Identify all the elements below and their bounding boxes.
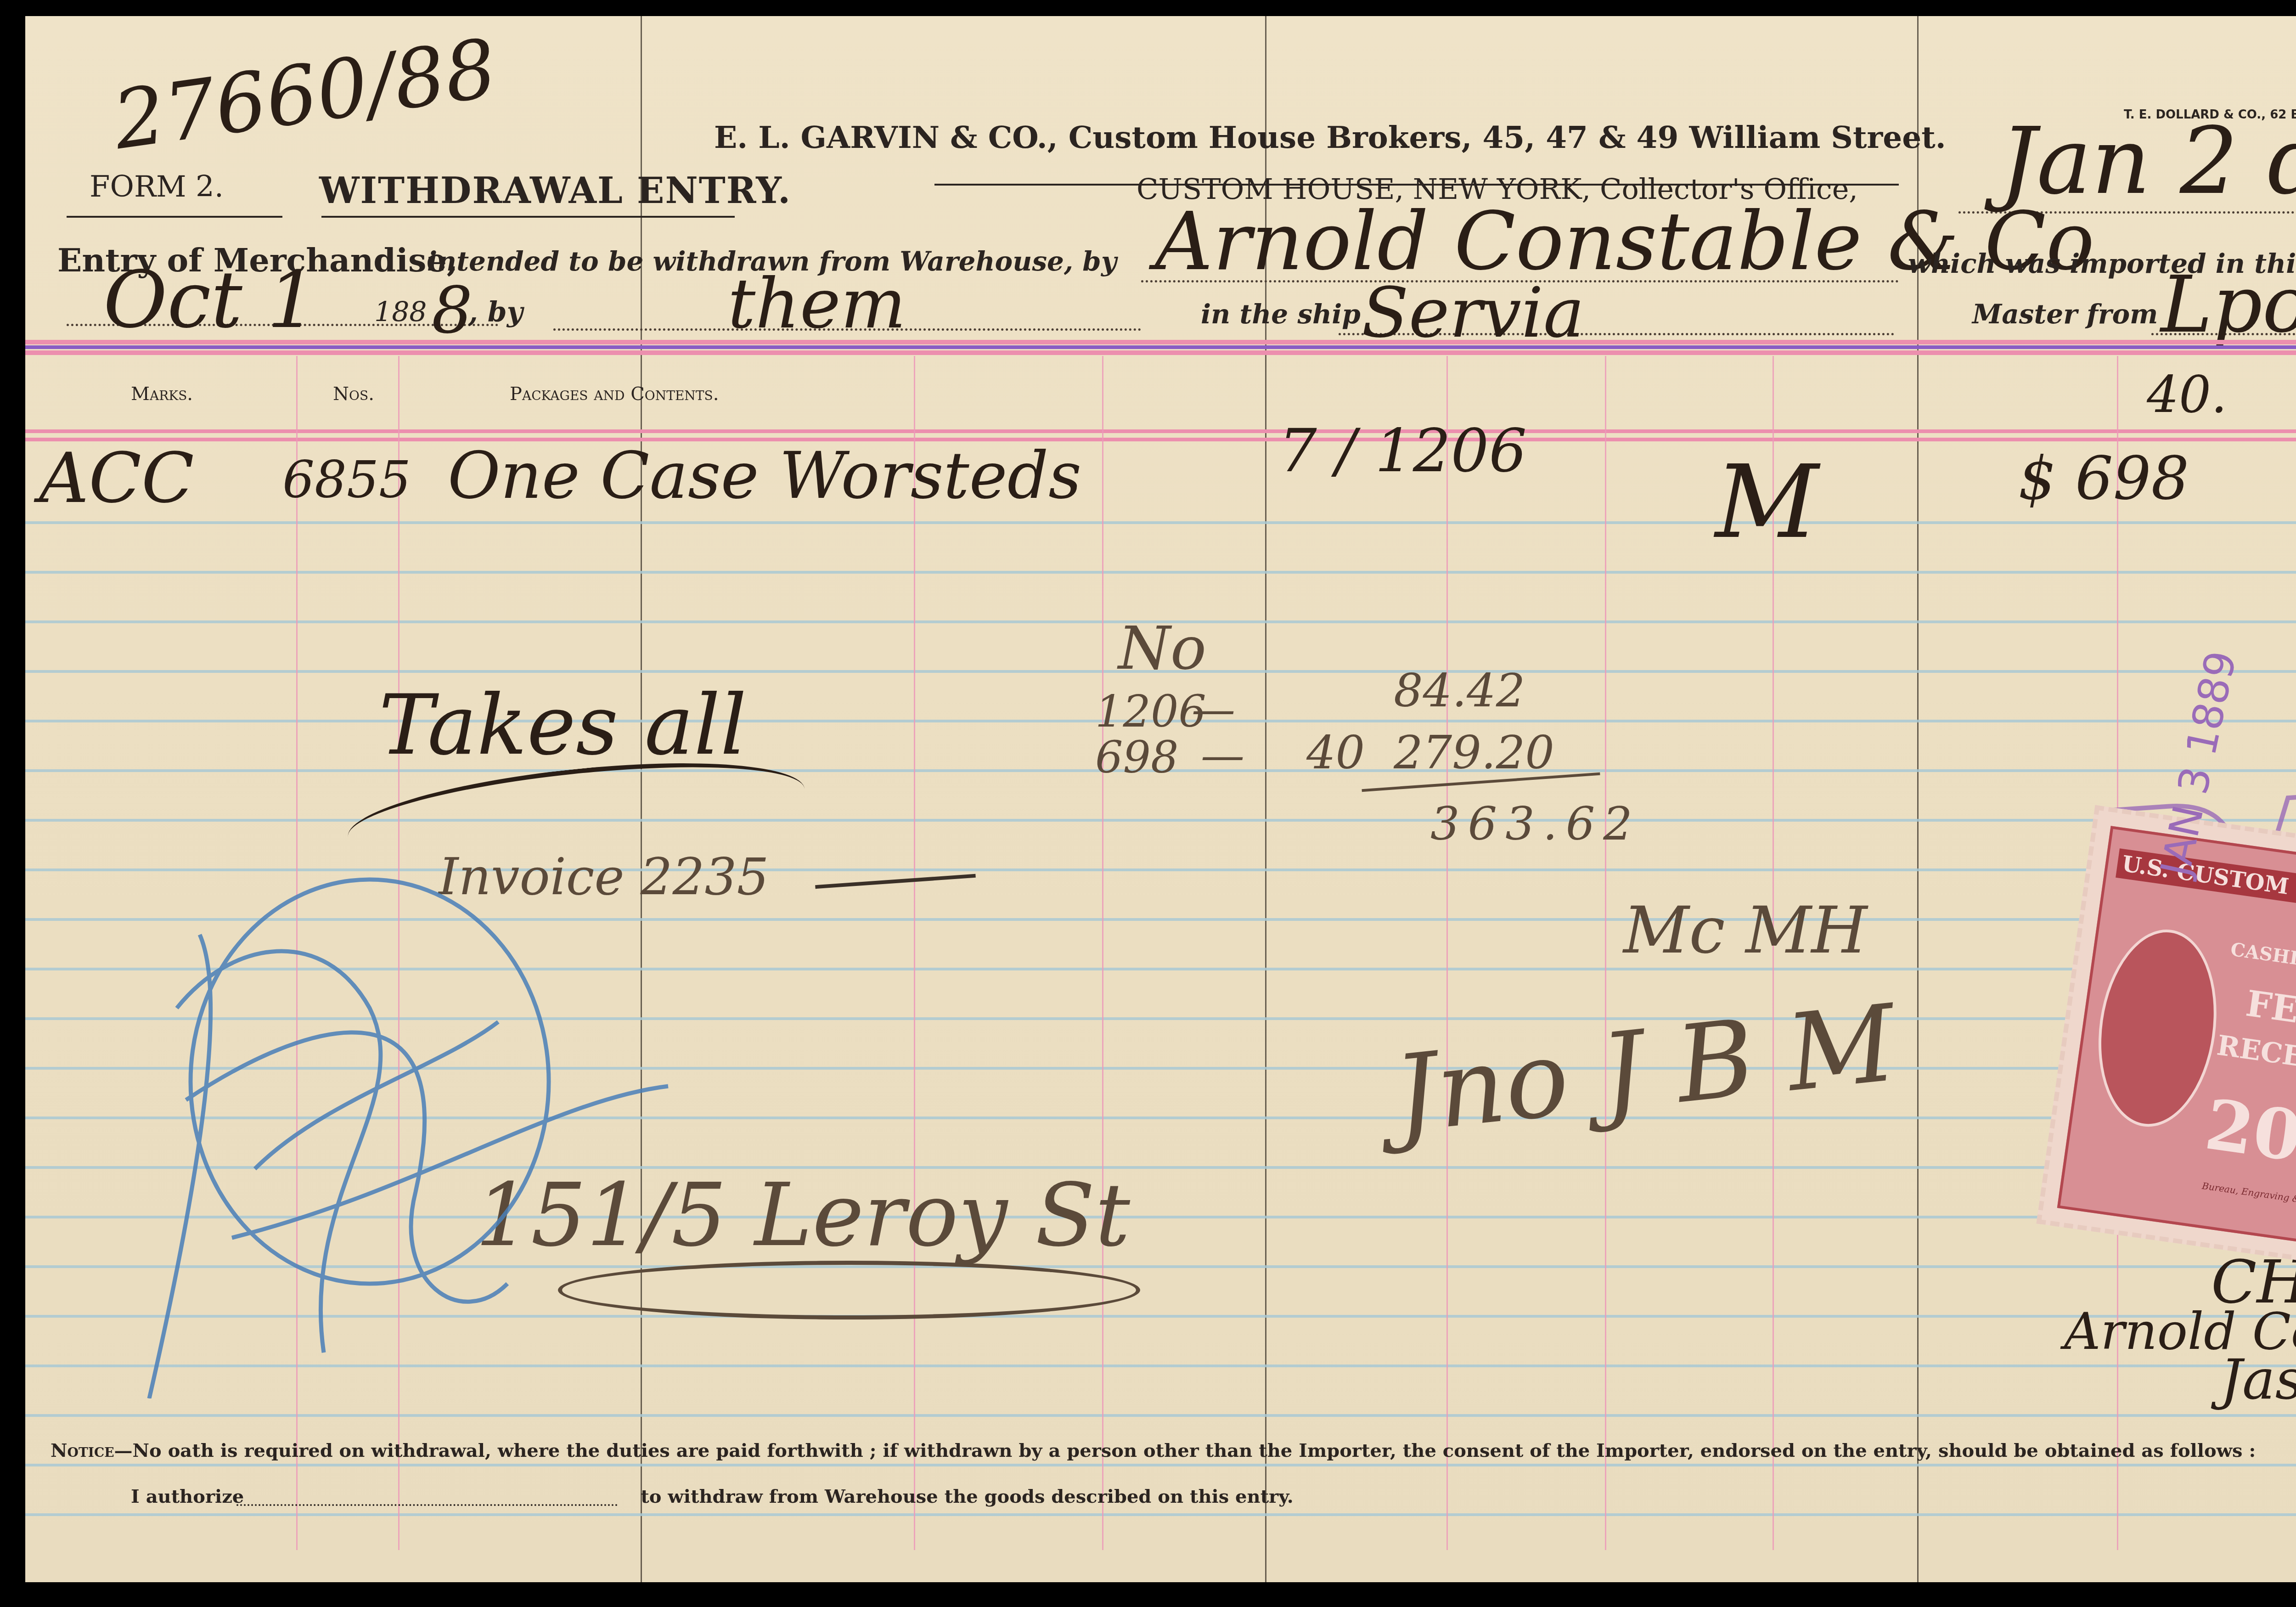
calc-amount-1: 84.42 <box>1394 664 1525 717</box>
cell-nos: 6855 <box>282 450 411 509</box>
column-header-rule <box>25 429 2296 433</box>
ruled-line <box>25 521 2296 524</box>
calc-label: No <box>1118 613 1206 683</box>
from-port-handwritten: Lpool <box>2161 259 2296 350</box>
cell-count: 7 / 1206 <box>1279 416 1527 485</box>
stamp-line-1: U.S. CUSTOM HOUSE, N.Y. <box>2116 848 2296 925</box>
column-header-rule <box>25 438 2296 441</box>
column-divider <box>1446 356 1448 1550</box>
ship-label: in the ship <box>1201 299 1361 330</box>
authorize-blank <box>236 1504 618 1506</box>
form-label-underline <box>67 216 282 218</box>
calc-amount-2: 279.20 <box>1394 726 1554 779</box>
column-divider <box>1102 356 1103 1550</box>
import-year-handwritten: 8 <box>432 273 473 348</box>
stamp-imprint: Bureau, Engraving & Printing <box>2201 1180 2296 1211</box>
calc-rate-2: 40 <box>1306 726 1365 779</box>
import-date-handwritten: Oct 1 <box>103 255 317 346</box>
reference-number: 27660/88 <box>108 22 502 168</box>
stamp-portrait <box>2087 922 2229 1134</box>
column-header-marks: Marks. <box>131 383 193 405</box>
ruled-line <box>25 1513 2296 1516</box>
initials-mid: Mc MH <box>1623 893 1868 968</box>
authorize-line: I authorize to withdraw from Warehouse t… <box>131 1486 1294 1507</box>
calc-total: 363.62 <box>1430 797 1641 851</box>
column-divider <box>1605 356 1606 1550</box>
stamp-value: 20cts. <box>2200 1084 2296 1196</box>
ruled-line <box>25 571 2296 574</box>
notice-text: Notice—No oath is required on withdrawal… <box>51 1440 2256 1461</box>
endorsement-line-3: Jas Gray Atty <box>2220 1348 2296 1412</box>
form-title-underline <box>321 216 735 218</box>
takes-all-note: Takes all <box>379 677 747 773</box>
blue-pencil-scribble-icon <box>94 870 691 1398</box>
master-label: Master from <box>1972 299 2158 330</box>
calc-left-2: 698 <box>1095 733 1178 783</box>
cell-rate: 40. <box>2147 365 2227 424</box>
calc-dash-2: — <box>1201 730 1244 781</box>
header-rule-pink <box>25 350 2296 355</box>
document-paper: 27660/88 FORM 2. WITHDRAWAL ENTRY. E. L.… <box>25 16 2296 1582</box>
stamp-line-4: RECEIVED <box>2215 1029 2296 1084</box>
import-by-label: , by <box>468 296 523 328</box>
authorize-prefix: I authorize <box>131 1486 244 1507</box>
column-header-nos: Nos. <box>333 383 374 405</box>
import-year-printed: 188 <box>374 296 427 328</box>
signature-mid: Jno J B M <box>1389 982 1902 1157</box>
calc-dash-1: — <box>1192 684 1235 735</box>
notice-body: —No oath is required on withdrawal, wher… <box>114 1440 2256 1461</box>
import-by-handwritten: them <box>728 264 906 344</box>
stamp-line-2: CASHIERS OFFICE <box>2229 938 2296 987</box>
broker-header: E. L. GARVIN & CO., Custom House Brokers… <box>714 119 1946 155</box>
header-rule-pink <box>25 340 2296 344</box>
authorize-suffix: to withdraw from Warehouse the goods des… <box>641 1486 1294 1507</box>
ruled-line <box>25 1464 2296 1466</box>
stamp-body: U.S. CUSTOM HOUSE, N.Y. CASHIERS OFFICE … <box>2057 826 2296 1250</box>
stamp-line-3: FEES <box>2243 982 2296 1038</box>
invoice-underline <box>815 874 976 889</box>
cell-contents: One Case Worsteds <box>448 439 1081 513</box>
notice-label: Notice <box>51 1440 114 1461</box>
column-header-packages: Packages and Contents. <box>510 383 719 405</box>
form-label: FORM 2. <box>90 170 224 204</box>
form-title: WITHDRAWAL ENTRY. <box>319 170 791 212</box>
revenue-stamp: U.S. CUSTOM HOUSE, N.Y. CASHIERS OFFICE … <box>2037 805 2296 1271</box>
cell-marks: ACC <box>39 439 194 519</box>
calc-left-1: 1206 <box>1095 687 1206 737</box>
cell-check: M <box>1715 443 1818 561</box>
ruled-line <box>25 1414 2296 1417</box>
header-rule-purple <box>25 345 2296 349</box>
column-divider <box>914 356 915 1550</box>
cell-value: $ 698 <box>2018 443 2189 513</box>
